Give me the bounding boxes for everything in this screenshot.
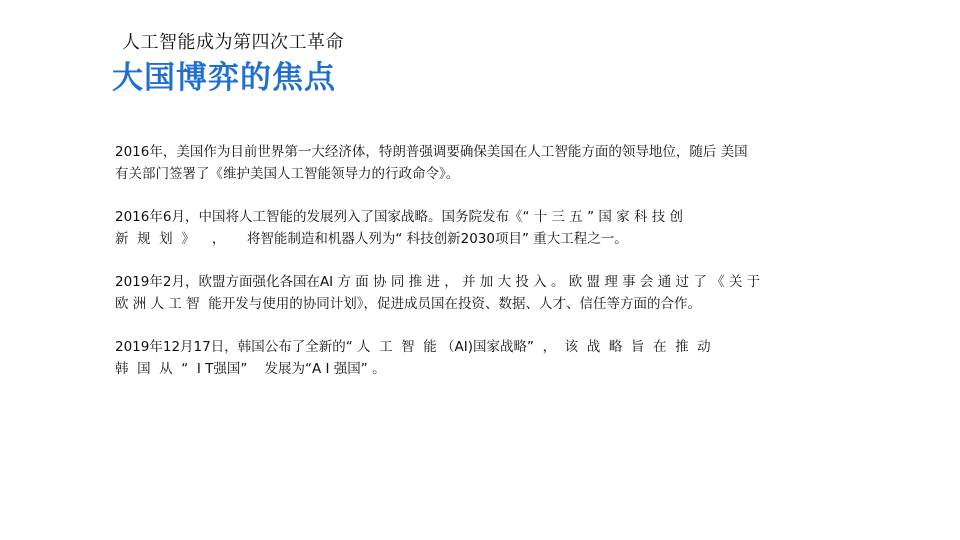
paragraph-line: 2019年12月17日，韩国公布了全新的“ 人 工 智 能 （AI)国家战略” … [115, 336, 815, 358]
paragraph-line: 2019年2月，欧盟方面强化各国在AI 方 面 协 同 推 进 ， 并 加 大 … [115, 271, 815, 293]
paragraph-china: 2016年6月，中国将人工智能的发展列入了国家战略。国务院发布《“ 十 三 五 … [115, 206, 815, 250]
paragraph-line: 韩 国 从 “ I T强国” 发展为“A I 强国” 。 [115, 358, 815, 380]
paragraph-line: 有关部门签署了《维护美国人工智能领导力的行政命令》。 [115, 163, 815, 185]
slide: 人工智能成为第四次工革命 大国博弈的焦点 2016年，美国作为目前世界第一大经济… [0, 0, 960, 540]
paragraph-korea: 2019年12月17日，韩国公布了全新的“ 人 工 智 能 （AI)国家战略” … [115, 336, 815, 380]
paragraph-eu: 2019年2月，欧盟方面强化各国在AI 方 面 协 同 推 进 ， 并 加 大 … [115, 271, 815, 315]
paragraph-line: 新 规 划 》 ， 将智能制造和机器人列为“ 科技创新2030项目” 重大工程之… [115, 228, 815, 250]
slide-subtitle: 人工智能成为第四次工革命 [122, 32, 344, 54]
paragraph-usa: 2016年，美国作为目前世界第一大经济体，特朗普强调要确保美国在人工智能方面的领… [115, 141, 815, 185]
slide-body: 2016年，美国作为目前世界第一大经济体，特朗普强调要确保美国在人工智能方面的领… [115, 141, 815, 401]
paragraph-line: 欧 洲 人 工 智 能开发与使用的协同计划》，促进成员国在投资、数据、人才、信任… [115, 293, 815, 315]
paragraph-line: 2016年6月，中国将人工智能的发展列入了国家战略。国务院发布《“ 十 三 五 … [115, 206, 815, 228]
paragraph-line: 2016年，美国作为目前世界第一大经济体，特朗普强调要确保美国在人工智能方面的领… [115, 141, 815, 163]
slide-title: 大国博弈的焦点 [112, 58, 336, 98]
